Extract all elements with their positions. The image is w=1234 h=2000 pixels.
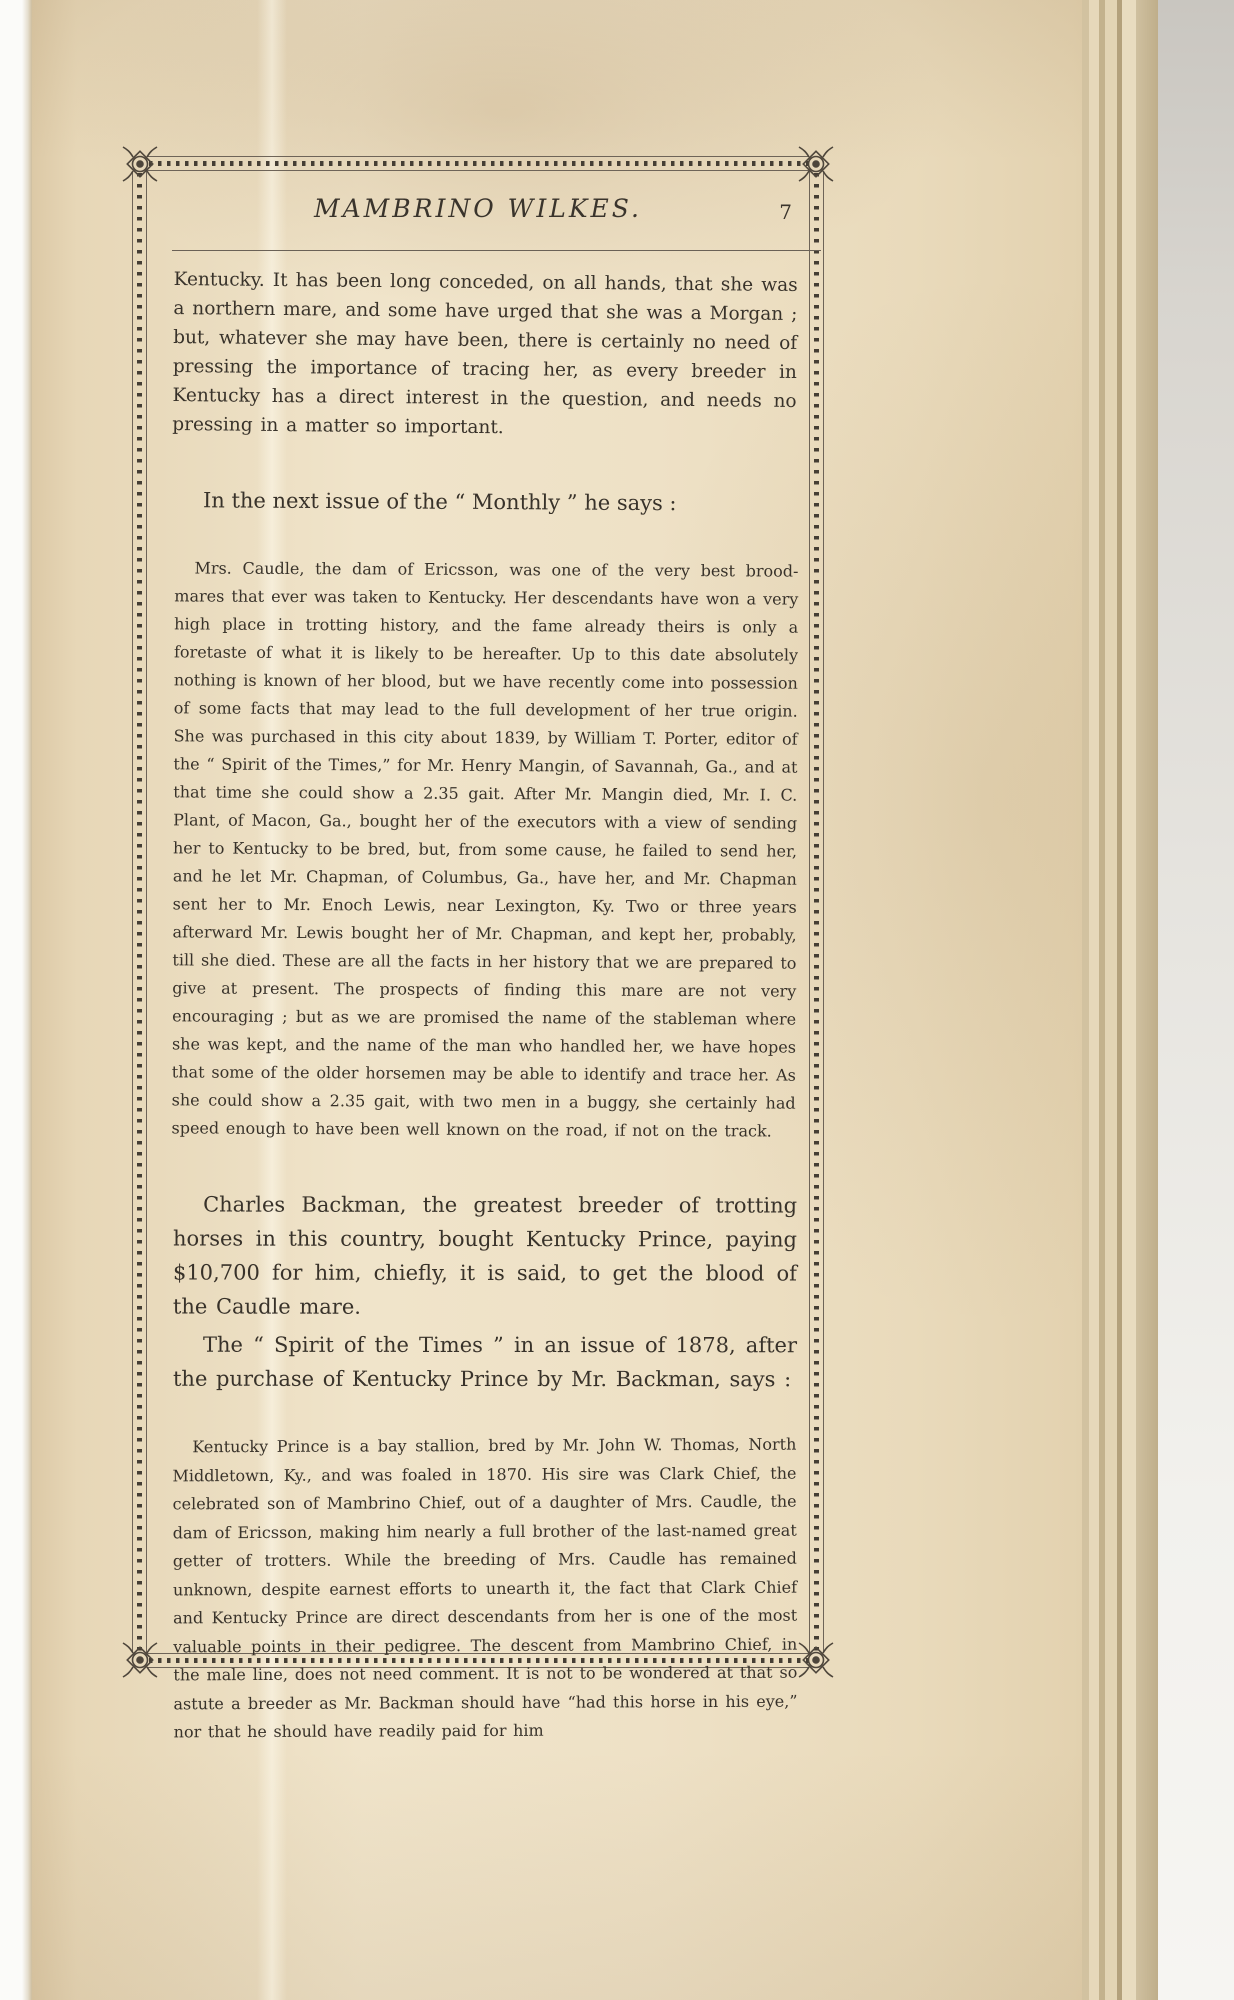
paragraph-charles-backman: Charles Backman, the greatest breeder of… [173, 1187, 797, 1324]
paragraph-spirit-of-times: The “ Spirit of the Times ” in an issue … [173, 1328, 797, 1397]
corner-ornament-bottom-left-icon [118, 1638, 162, 1682]
paragraph-kentucky: Kentucky. It has been long conceded, on … [172, 265, 798, 445]
book-page-edges [1082, 0, 1158, 2000]
paragraph-monthly-intro: In the next issue of the “ Monthly ” he … [173, 484, 797, 520]
corner-ornament-bottom-right-icon [794, 1638, 838, 1682]
blockquote-kentucky-prince: Kentucky Prince is a bay stallion, bred … [172, 1431, 797, 1747]
scanner-background-left [0, 0, 32, 2000]
scanner-background-right [1158, 0, 1234, 2000]
frame-border-right [809, 171, 824, 1653]
decorative-frame: MAMBRINO WILKES. 7 Kentucky. It has been… [132, 156, 824, 1668]
book-page: MAMBRINO WILKES. 7 Kentucky. It has been… [32, 0, 1158, 2000]
corner-ornament-top-left-icon [118, 142, 162, 186]
blockquote-mrs-caudle: Mrs. Caudle, the dam of Ericsson, was on… [171, 554, 798, 1145]
frame-border-top [147, 156, 809, 171]
page-text: Kentucky. It has been long conceded, on … [173, 256, 797, 1746]
header-rule [172, 250, 821, 251]
corner-ornament-top-right-icon [794, 142, 838, 186]
page-title: MAMBRINO WILKES. [132, 194, 824, 223]
frame-border-left [132, 171, 147, 1653]
page-number: 7 [779, 200, 792, 224]
